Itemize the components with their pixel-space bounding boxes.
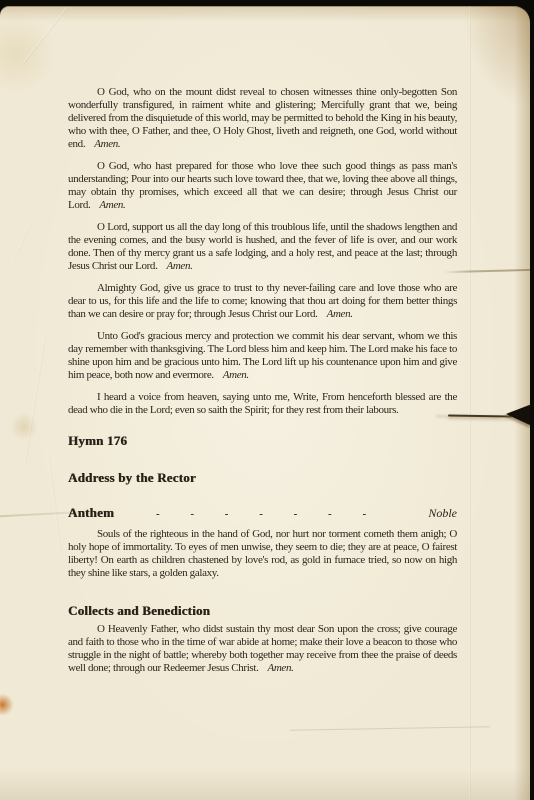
collect-transfiguration: O God, who on the mount didst reveal to …	[68, 86, 457, 151]
hymn-heading: Hymn 176	[68, 434, 457, 447]
prayer-text: I heard a voice from heaven, saying unto…	[68, 391, 457, 416]
paper-sheet: O God, who on the mount didst reveal to …	[0, 6, 530, 800]
amen-text: Amen.	[99, 199, 125, 211]
prayer-text: O God, who hast prepared for those who l…	[68, 160, 457, 211]
collect-love-of-god: O God, who hast prepared for those who l…	[68, 160, 457, 212]
top-left-crease	[22, 7, 68, 65]
collect-support-us: O Lord, support us all the day long of t…	[68, 221, 457, 273]
anthem-text: Souls of the righteous in the hand of Go…	[68, 528, 457, 579]
left-margin-wrinkle	[48, 458, 62, 553]
amen-text: Amen.	[327, 308, 353, 320]
collect-never-failing-care: Almighty God, give us grace to trust to …	[68, 282, 457, 321]
prayer-text: O Heavenly Father, who didst sustain thy…	[68, 623, 457, 674]
bottom-crease	[290, 726, 490, 730]
benediction-paragraph: O Heavenly Father, who didst sustain thy…	[68, 623, 457, 675]
edge-tear-notch	[506, 404, 530, 426]
address-heading: Address by the Rector	[68, 471, 457, 484]
prayer-text: O God, who on the mount didst reveal to …	[68, 86, 457, 150]
amen-text: Amen.	[223, 369, 249, 381]
left-margin-wrinkle	[24, 337, 46, 466]
anthem-line: Anthem - - - - - - - Noble	[68, 506, 457, 521]
vertical-fold-crease	[469, 6, 471, 800]
anthem-leader-dashes: - - - - - - -	[156, 508, 420, 521]
prayer-text: O Lord, support us all the day long of t…	[68, 221, 457, 272]
printed-text-block: O God, who on the mount didst reveal to …	[68, 86, 457, 675]
amen-text: Amen.	[94, 138, 120, 150]
anthem-label: Anthem	[68, 506, 114, 519]
upper-left-crease	[13, 220, 34, 263]
commendation-paragraph: Unto God's gracious mercy and protection…	[68, 330, 457, 382]
scanned-page: O God, who on the mount didst reveal to …	[0, 0, 534, 800]
tear-crack-line	[448, 414, 512, 417]
prayer-text: Almighty God, give us grace to trust to …	[68, 282, 457, 320]
amen-text: Amen.	[267, 662, 293, 674]
prayer-text: Unto God's gracious mercy and protection…	[68, 330, 457, 381]
anthem-composer: Noble	[428, 507, 457, 520]
amen-text: Amen.	[166, 260, 192, 272]
anthem-text-paragraph: Souls of the righteous in the hand of Go…	[68, 528, 457, 580]
voice-from-heaven-paragraph: I heard a voice from heaven, saying unto…	[68, 391, 457, 417]
collects-benediction-heading: Collects and Benediction	[68, 604, 457, 617]
